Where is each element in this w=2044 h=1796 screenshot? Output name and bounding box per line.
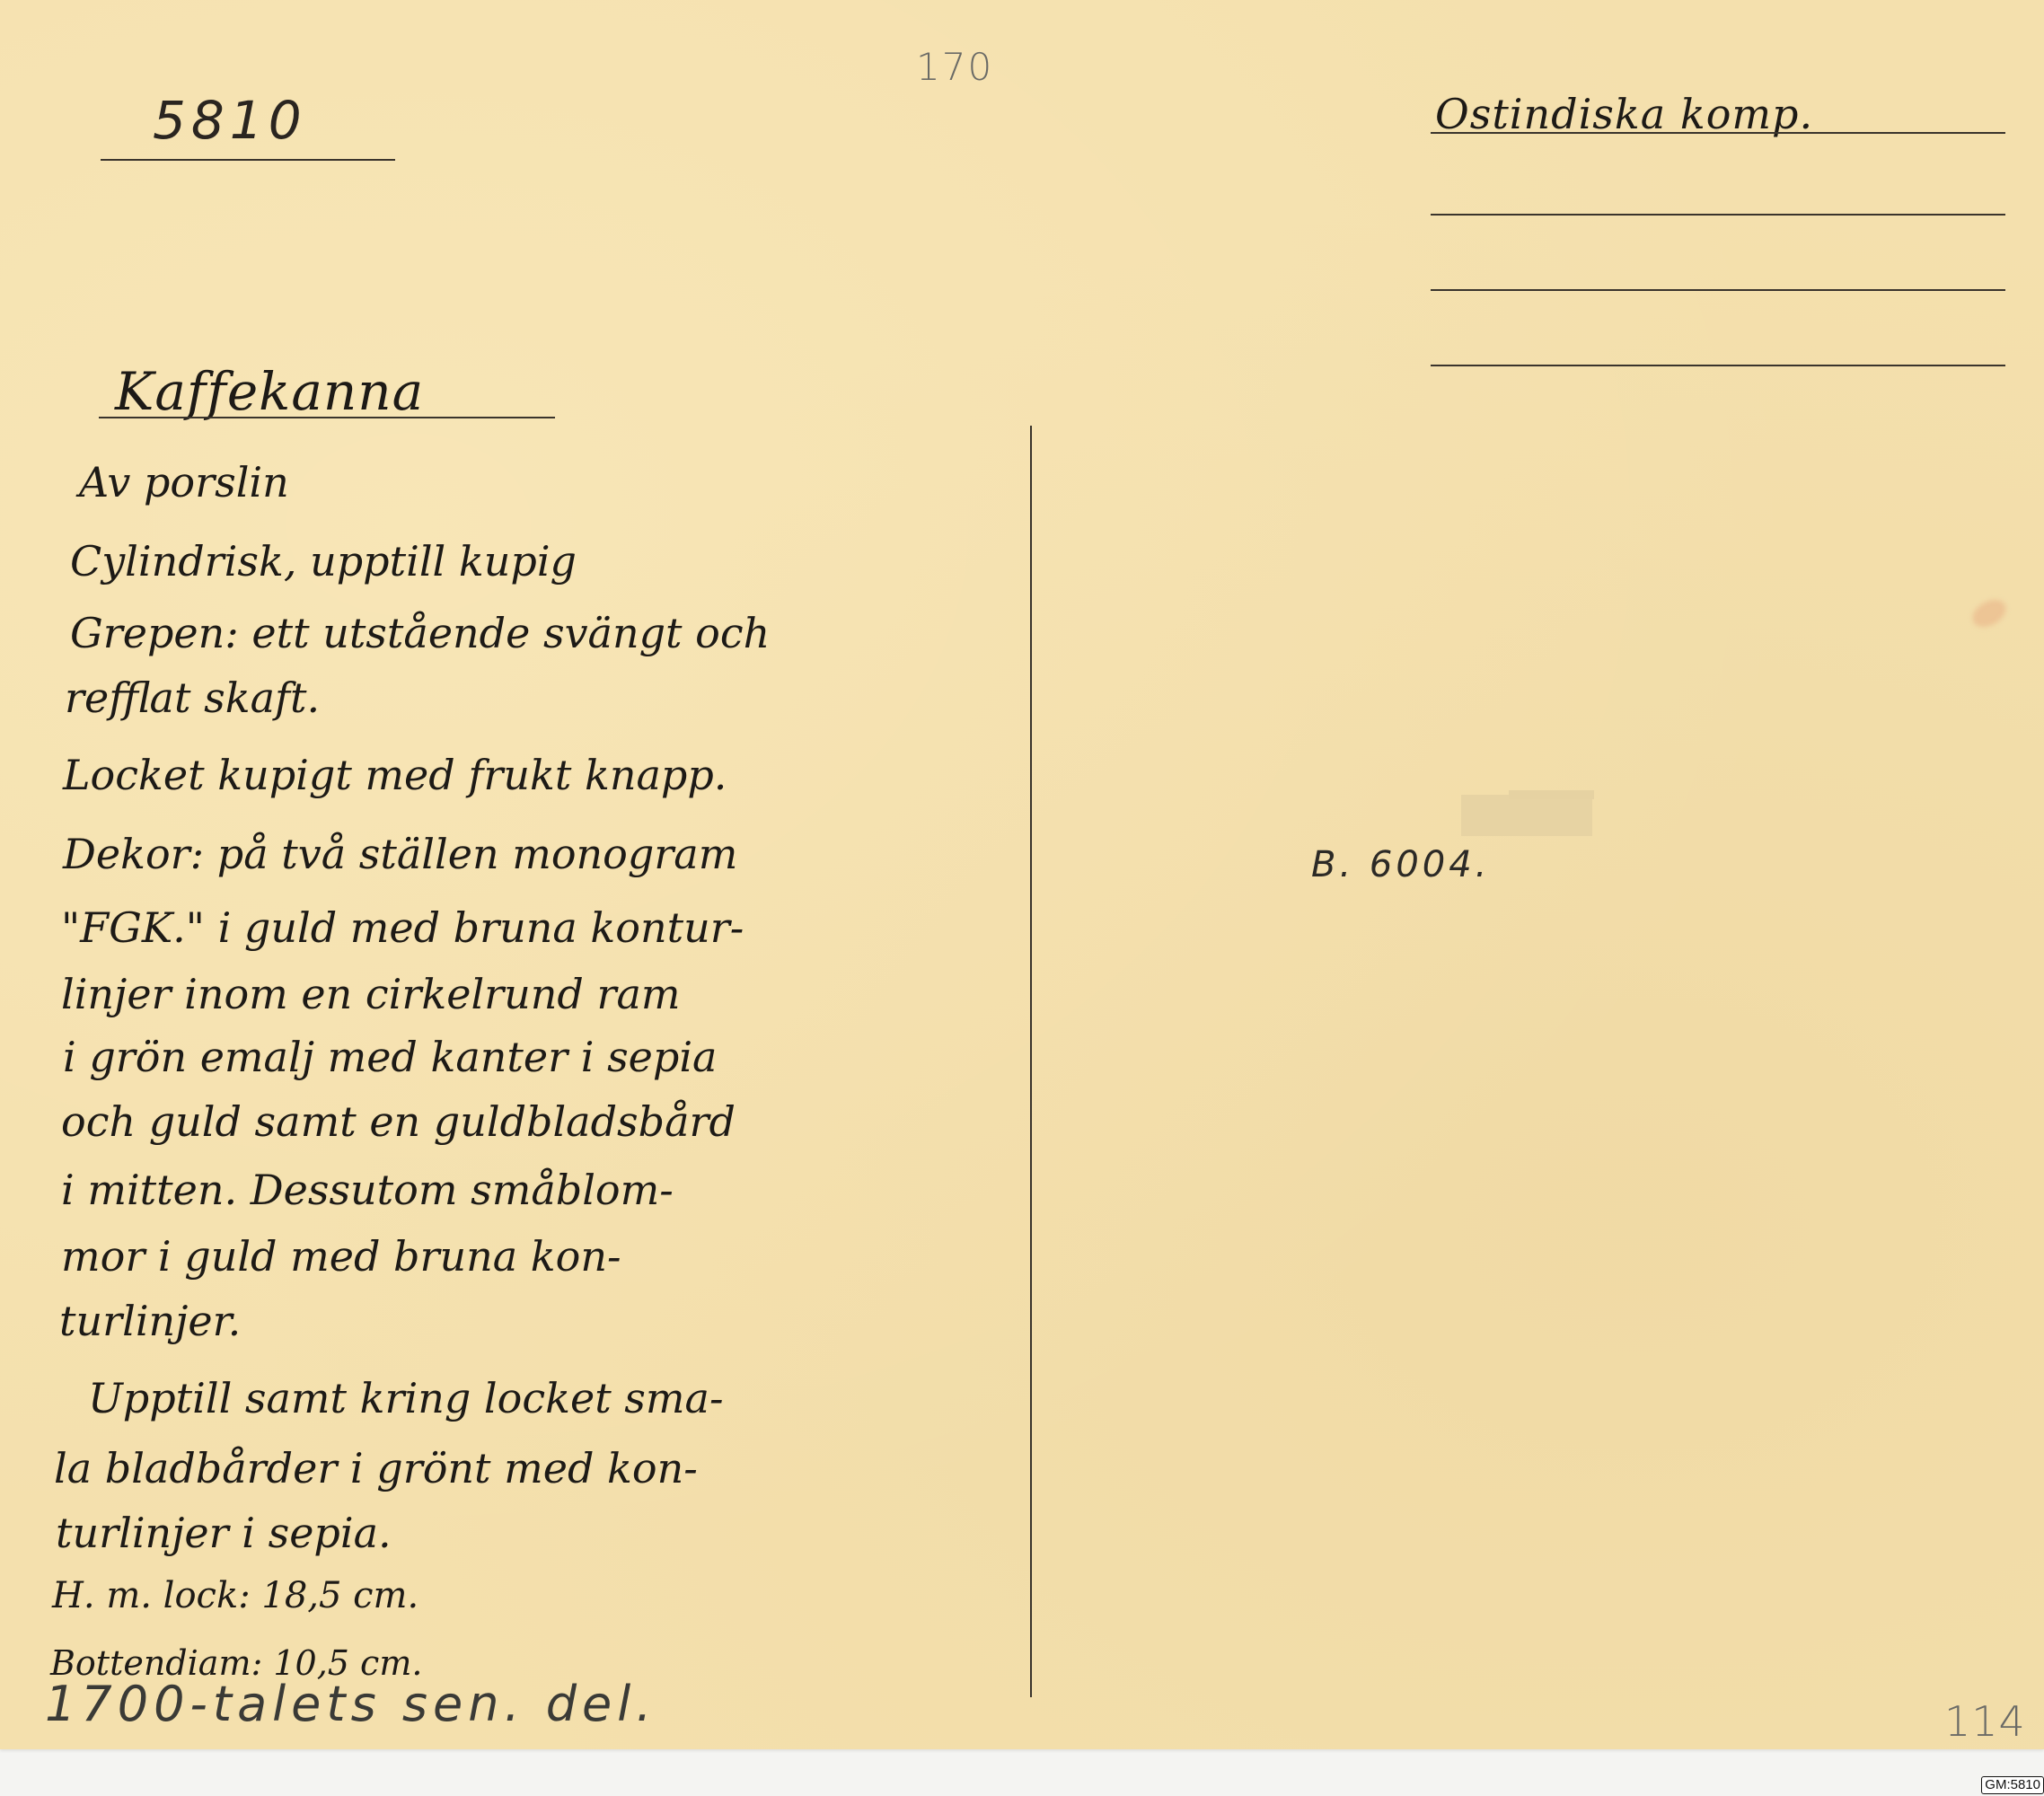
archive-stamp: GM:5810 bbox=[1981, 1776, 2044, 1794]
description-line: la bladbårder i grönt med kon- bbox=[54, 1444, 698, 1492]
description-line: i mitten. Dessutom småblom- bbox=[61, 1166, 674, 1214]
description-line: Cylindrisk, upptill kupig bbox=[70, 537, 577, 585]
catalog-number: 5810 bbox=[153, 90, 307, 151]
tape-residue bbox=[1461, 795, 1592, 836]
catalog-number-underline bbox=[101, 159, 395, 161]
description-line: mor i guld med bruna kon- bbox=[61, 1232, 621, 1281]
description-line: i grön emalj med kanter i sepia bbox=[63, 1033, 717, 1081]
description-line: linjer inom en cirkelrund ram bbox=[61, 970, 681, 1018]
column-divider bbox=[1030, 426, 1032, 1697]
description-line: Grepen: ett utstående svängt och bbox=[70, 609, 770, 657]
category-line-4 bbox=[1431, 365, 2005, 366]
museum-reference: B. 6004. bbox=[1311, 844, 1490, 885]
object-title: Kaffekanna bbox=[115, 361, 424, 422]
description-line: H. m. lock: 18,5 cm. bbox=[52, 1575, 418, 1616]
description-line: Av porslin bbox=[79, 458, 289, 506]
page-pencil-note: 170 bbox=[916, 45, 993, 89]
object-title-underline bbox=[99, 417, 555, 418]
description-line: Locket kupigt med frukt knapp. bbox=[63, 751, 727, 799]
category-label: Ostindiska komp. bbox=[1435, 90, 1813, 138]
description-line: "FGK." i guld med bruna kontur- bbox=[61, 903, 744, 952]
description-line: och guld samt en guldbladsbård bbox=[61, 1097, 736, 1146]
tape-residue bbox=[1509, 790, 1594, 799]
description-line: Dekor: på två ställen monogram bbox=[63, 830, 737, 878]
paper-stain bbox=[1968, 594, 2011, 633]
description-line: turlinjer i sepia. bbox=[56, 1509, 392, 1557]
description-line: refflat skaft. bbox=[65, 673, 320, 722]
catalog-card: 5810 170 Ostindiska komp. Kaffekanna Av … bbox=[0, 0, 2044, 1749]
category-line-3 bbox=[1431, 289, 2005, 291]
folio-number: 114 bbox=[1944, 1697, 2026, 1746]
category-line-1 bbox=[1431, 132, 2005, 134]
description-line: Upptill samt kring locket sma- bbox=[88, 1374, 724, 1422]
category-line-2 bbox=[1431, 214, 2005, 216]
description-line: turlinjer. bbox=[59, 1297, 241, 1345]
dating: 1700-talets sen. del. bbox=[45, 1676, 656, 1732]
